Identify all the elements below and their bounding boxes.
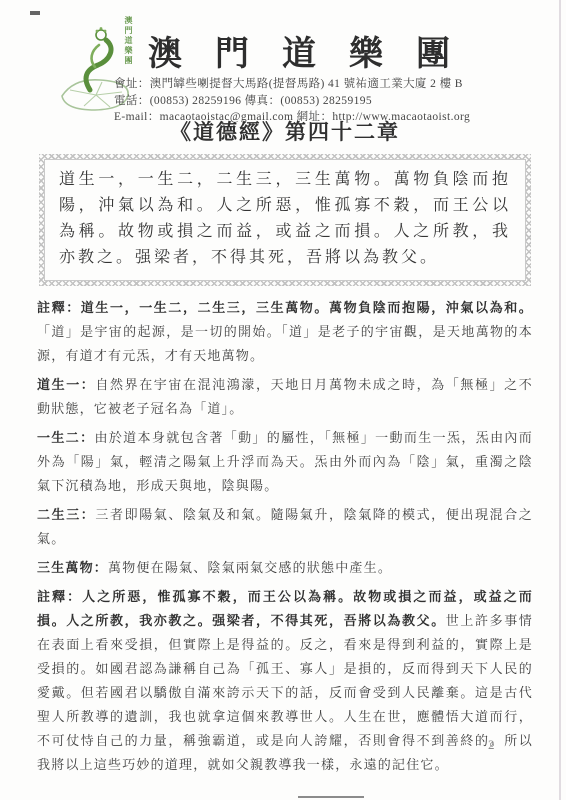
organization-title: 澳門道樂團 [148,26,508,75]
chapter-title: 《道德經》第四十二章 [37,116,533,146]
page-number: 2 [488,737,495,753]
scanned-document-page: 澳門道樂團 澳門道樂團 會址：澳門罅些喇提督大馬路(提督馬路) 41 號祐適工業… [0,0,566,800]
scan-speck-artifact [30,11,40,15]
phone-fax-line: 電話：(00853) 28259196 傳真：(00853) 28259195 [114,93,544,110]
paragraph: 三生萬物：萬物便在陽氣、陰氣兩氣交感的狀態中產生。 [37,556,533,580]
paragraph: 一生二：由於道本身就包含著「動」的屬性，「無極」一動而生一炁，炁由內而外為「陽」… [37,426,533,498]
paragraph: 註釋：道生一，一生二，二生三，三生萬物。萬物負陰而抱陽，沖氣以為和。「道」是宇宙… [37,296,533,368]
paragraph: 註釋：人之所惡，惟孤寡不穀，而王公以為稱。故物或損之而益，或益之而損。人之所教，… [37,585,533,777]
scan-bottom-artifact [298,796,364,798]
address-line: 會址：澳門罅些喇提督大馬路(提督馬路) 41 號祐適工業大廈 2 樓 B [114,76,544,93]
paragraph-lead: 註釋：道生一，一生二，二生三，三生萬物。萬物負陰而抱陽，沖氣以為和。 [37,300,533,315]
paragraph-lead: 二生三： [37,507,95,522]
paragraph-lead: 道生一： [37,377,95,392]
paragraph-body: 由於道本身就包含著「動」的屬性，「無極」一動而生一炁，炁由內而外為「陽」氣，輕清… [37,430,533,493]
paragraph-body: 世上許多事情在表面上看來受損，但實際上是得益的。反之，看來是得到利益的，實際上是… [37,613,533,772]
paragraph-body: 三者即陽氣、陰氣及和氣。隨陽氣升，陰氣降的模式，便出現混合之氣。 [37,507,533,546]
paragraph-lead: 一生二： [37,430,94,445]
logo-vertical-caption: 澳門道樂團 [123,16,134,66]
paragraph: 道生一：自然界在宇宙在混沌鴻濛，天地日月萬物未成之時，為「無極」之不動狀態，它被… [37,373,533,421]
paragraph-body: 自然界在宇宙在混沌鴻濛，天地日月萬物未成之時，為「無極」之不動狀態，它被老子冠名… [37,377,533,416]
scripture-decorative-border: 道生一，一生二，二生三，三生萬物。萬物負陰而抱陽，沖氣以為和。人之所惡，惟孤寡不… [39,154,531,286]
scan-edge-artifact [559,0,561,800]
document-body: 《道德經》第四十二章 道生一，一生二，二生三，三生萬物。萬物負陰而抱陽，沖氣以為… [37,116,533,782]
paragraph-body: 「道」是宇宙的起源，是一切的開始。「道」是老子的宇宙觀，是天地萬物的本源，有道才… [37,324,533,363]
paragraph: 二生三：三者即陽氣、陰氣及和氣。隨陽氣升，陰氣降的模式，便出現混合之氣。 [37,503,533,551]
paragraph-lead: 三生萬物： [37,560,108,575]
paragraph-body: 萬物便在陽氣、陰氣兩氣交感的狀態中產生。 [108,560,392,575]
scripture-text: 道生一，一生二，二生三，三生萬物。萬物負陰而抱陽，沖氣以為和。人之所惡，惟孤寡不… [44,159,526,281]
